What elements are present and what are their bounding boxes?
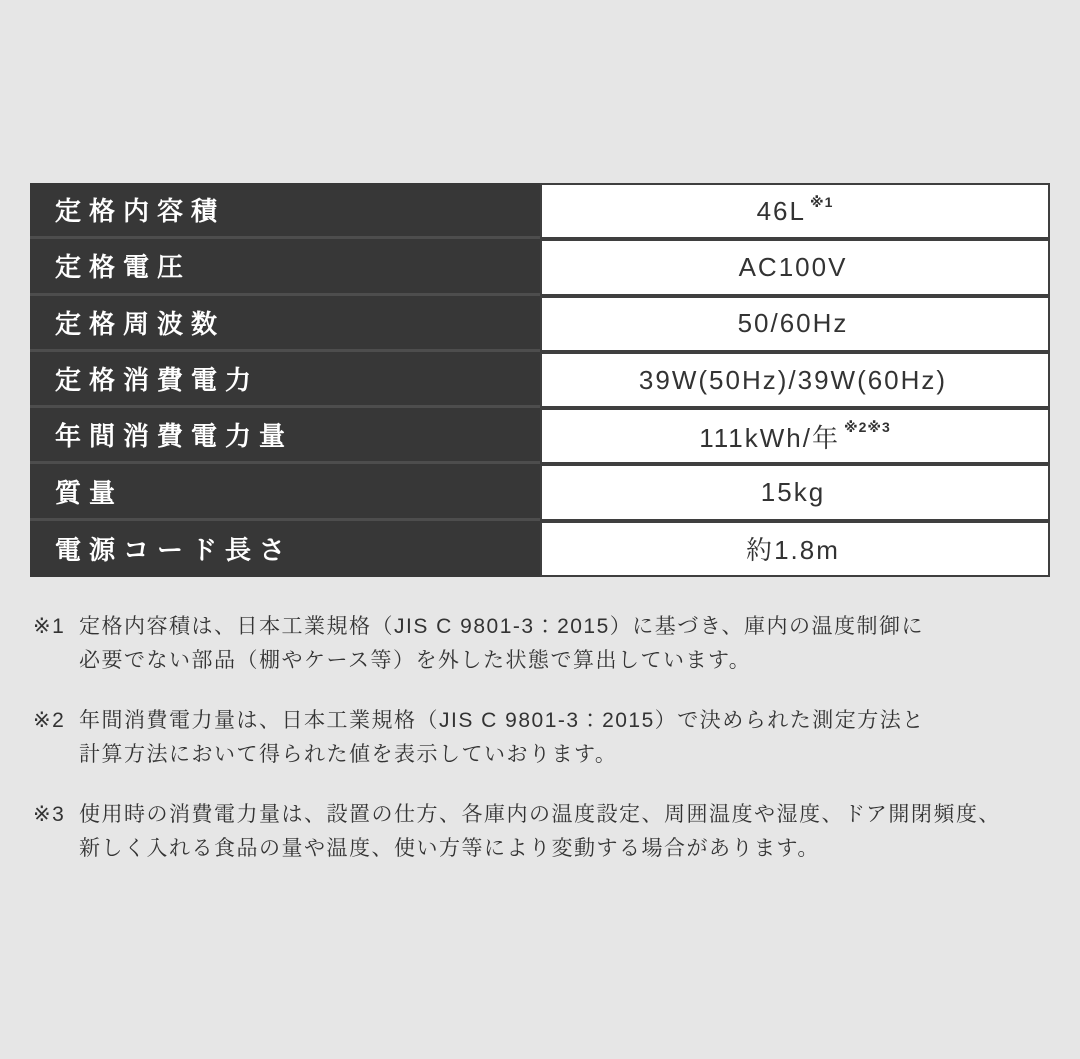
spec-value-text: 50/60Hz: [738, 308, 849, 339]
spec-label-capacity: 定格内容積: [30, 183, 540, 239]
spec-value-cord-length: 約1.8m: [540, 521, 1050, 577]
spec-label-frequency: 定格周波数: [30, 296, 540, 352]
spec-value-text: 46L: [757, 196, 806, 227]
spec-label-annual-power: 年間消費電力量: [30, 408, 540, 464]
footnote-2-marker: ※2: [33, 704, 79, 772]
spec-value-capacity: 46L※1: [540, 183, 1050, 239]
spec-row-capacity: 定格内容積 46L※1: [30, 183, 1050, 239]
footnote-ref-1: ※1: [810, 194, 833, 211]
spec-value-annual-power: 111kWh/年※2※3: [540, 408, 1050, 464]
spec-value-frequency: 50/60Hz: [540, 296, 1050, 352]
spec-row-cord-length: 電源コード長さ 約1.8m: [30, 521, 1050, 577]
footnote-1-line-1: 定格内容積は、日本工業規格（JIS C 9801-3：2015）に基づき、庫内の…: [79, 610, 1053, 644]
spec-value-mass: 15kg: [540, 464, 1050, 520]
footnotes: ※1 定格内容積は、日本工業規格（JIS C 9801-3：2015）に基づき、…: [33, 610, 1053, 892]
footnote-2-line-2: 計算方法において得られた値を表示していおります。: [79, 738, 1053, 772]
footnote-1: ※1 定格内容積は、日本工業規格（JIS C 9801-3：2015）に基づき、…: [33, 610, 1053, 678]
spec-label-cord-length: 電源コード長さ: [30, 521, 540, 577]
footnote-3: ※3 使用時の消費電力量は、設置の仕方、各庫内の温度設定、周囲温度や湿度、ドア開…: [33, 798, 1053, 866]
spec-value-text: AC100V: [739, 252, 848, 283]
spec-row-voltage: 定格電圧 AC100V: [30, 239, 1050, 295]
spec-table: 定格内容積 46L※1 定格電圧 AC100V 定格周波数 50/60Hz 定格…: [30, 183, 1050, 577]
spec-value-power-consumption: 39W(50Hz)/39W(60Hz): [540, 352, 1050, 408]
spec-row-annual-power: 年間消費電力量 111kWh/年※2※3: [30, 408, 1050, 464]
footnote-3-line-1: 使用時の消費電力量は、設置の仕方、各庫内の温度設定、周囲温度や湿度、ドア開閉頻度…: [79, 798, 1053, 832]
footnote-2-text: 年間消費電力量は、日本工業規格（JIS C 9801-3：2015）で決められた…: [79, 704, 1053, 772]
footnote-1-marker: ※1: [33, 610, 79, 678]
footnote-3-text: 使用時の消費電力量は、設置の仕方、各庫内の温度設定、周囲温度や湿度、ドア開閉頻度…: [79, 798, 1053, 866]
footnote-1-line-2: 必要でない部品（棚やケース等）を外した状態で算出しています。: [79, 644, 1053, 678]
footnote-3-marker: ※3: [33, 798, 79, 866]
footnote-1-text: 定格内容積は、日本工業規格（JIS C 9801-3：2015）に基づき、庫内の…: [79, 610, 1053, 678]
footnote-3-line-2: 新しく入れる食品の量や温度、使い方等により変動する場合があります。: [79, 832, 1053, 866]
spec-label-voltage: 定格電圧: [30, 239, 540, 295]
spec-value-text: 約1.8m: [746, 530, 840, 567]
footnote-ref-2-3: ※2※3: [844, 419, 891, 436]
spec-value-text: 15kg: [761, 477, 825, 508]
spec-row-frequency: 定格周波数 50/60Hz: [30, 296, 1050, 352]
spec-label-mass: 質量: [30, 464, 540, 520]
spec-value-text: 39W(50Hz)/39W(60Hz): [639, 365, 947, 396]
spec-value-voltage: AC100V: [540, 239, 1050, 295]
footnote-2: ※2 年間消費電力量は、日本工業規格（JIS C 9801-3：2015）で決め…: [33, 704, 1053, 772]
spec-row-mass: 質量 15kg: [30, 464, 1050, 520]
spec-value-text: 111kWh/年: [699, 418, 840, 455]
spec-row-power-consumption: 定格消費電力 39W(50Hz)/39W(60Hz): [30, 352, 1050, 408]
spec-label-power-consumption: 定格消費電力: [30, 352, 540, 408]
footnote-2-line-1: 年間消費電力量は、日本工業規格（JIS C 9801-3：2015）で決められた…: [79, 704, 1053, 738]
